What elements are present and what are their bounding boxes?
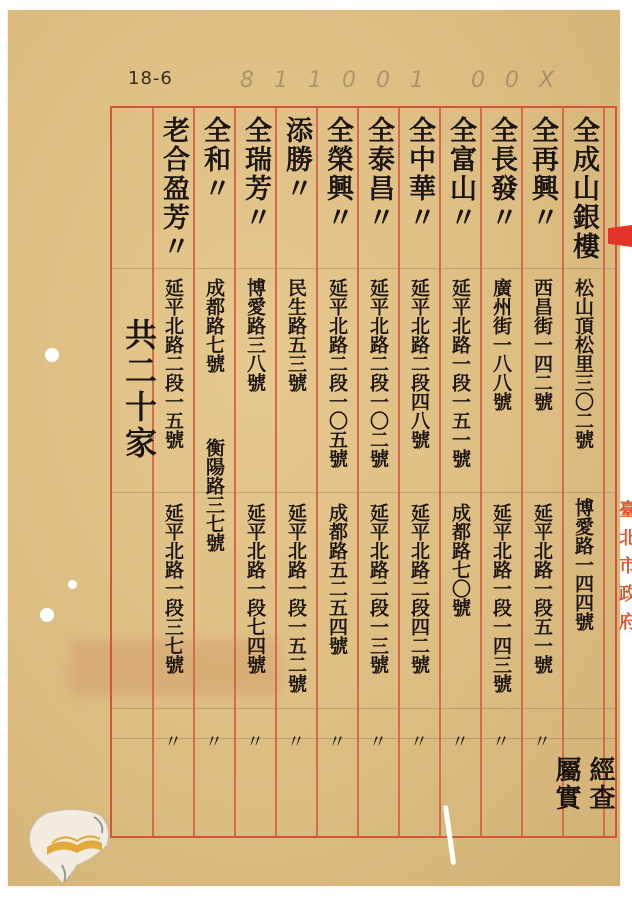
- header-number: 18-6: [128, 68, 173, 89]
- shop-name: 全榮興〃: [323, 116, 351, 232]
- shop-column: 全再興〃 西昌街一四二號 延平北路一段五一號 〃: [522, 108, 562, 836]
- shop-address: 成都路七號: [204, 278, 224, 373]
- ditto-mark: 〃: [369, 728, 387, 754]
- punch-hole: [40, 608, 54, 622]
- ditto-mark: 〃: [328, 728, 346, 754]
- shop-column: 全成山銀樓 松山頂松里三〇二號 博愛路一四四號 經查屬實: [563, 108, 603, 836]
- shop-address-2: 延平北路二段四二號: [409, 503, 429, 674]
- ditto-mark: 〃: [410, 728, 428, 754]
- shop-column: 老合盈芳〃 延平北路二段一五號 延平北路一段三七號 〃: [153, 108, 193, 836]
- punch-hole: [68, 580, 77, 589]
- shop-name: 全長發〃: [487, 116, 515, 232]
- shop-address: 延平北路二段一〇二號: [368, 278, 388, 468]
- shop-address-2: 成都路七〇號: [450, 503, 470, 617]
- shop-name: 全富山〃: [446, 116, 474, 232]
- shop-address-2: 延平北路一段五一號: [532, 503, 552, 674]
- shop-name: 全瑞芳〃: [241, 116, 269, 232]
- shop-name: 全再興〃: [528, 116, 556, 232]
- ruled-form-grid: 全成山銀樓 松山頂松里三〇二號 博愛路一四四號 經查屬實 全再興〃 西昌街一四二…: [110, 106, 617, 838]
- ditto-mark: 〃: [533, 728, 551, 754]
- ditto-mark: 〃: [287, 728, 305, 754]
- shop-address-2: 延平北路二段一三號: [368, 503, 388, 674]
- shop-address: 延平北路二段一五號: [163, 278, 183, 449]
- faint-serial-number: 811001 00X: [240, 68, 610, 93]
- shop-address-2: 衡陽路三七號: [204, 438, 224, 552]
- shop-column: 全瑞芳〃 博愛路三八號 延平北路一段七四號 〃: [235, 108, 275, 836]
- ditto-mark: 〃: [451, 728, 469, 754]
- punch-hole: [45, 348, 59, 362]
- shop-name: 全泰昌〃: [364, 116, 392, 232]
- shop-address-2: 延平北路一段一四三號: [491, 503, 511, 693]
- shop-address-2: 延平北路一段一五二號: [286, 503, 306, 693]
- shop-address: 博愛路三八號: [245, 278, 265, 392]
- ditto-mark: 〃: [164, 728, 182, 754]
- archive-logo-icon: [22, 805, 117, 885]
- shop-name: 老合盈芳〃: [159, 116, 187, 261]
- shop-column: 全富山〃 延平北路一段一五一號 成都路七〇號 〃: [440, 108, 480, 836]
- shop-address: 廣州街一八八號: [491, 278, 511, 411]
- shop-name: 全成山銀樓: [569, 116, 597, 261]
- shop-address-2: 延平北路一段七四號: [245, 503, 265, 674]
- shop-column: 添勝〃 民生路五三號 延平北路一段一五二號 〃: [276, 108, 316, 836]
- column-rule: [603, 108, 605, 836]
- shop-column: 全長發〃 廣州街一八八號 延平北路一段一四三號 〃: [481, 108, 521, 836]
- shop-address: 延平北路一段一五一號: [450, 278, 470, 468]
- shop-address: 西昌街一四二號: [532, 278, 552, 411]
- shop-column: 全泰昌〃 延平北路二段一〇二號 延平北路二段一三號 〃: [358, 108, 398, 836]
- shop-column: 全榮興〃 延平北路二段一〇五號 成都路五二五四號 〃: [317, 108, 357, 836]
- ditto-mark: 〃: [205, 728, 223, 754]
- shop-name: 全中華〃: [405, 116, 433, 232]
- shop-column: 全和〃 成都路七號 衡陽路三七號 〃: [194, 108, 234, 836]
- shop-address: 松山頂松里三〇二號: [573, 278, 593, 449]
- shop-name: 全和〃: [200, 116, 228, 203]
- shop-name: 添勝〃: [282, 116, 310, 203]
- shop-address-2: 博愛路一四四號: [573, 498, 593, 631]
- government-stamp-text: 臺北市政府: [613, 500, 632, 640]
- shop-address-2: 延平北路一段三七號: [163, 503, 183, 674]
- ditto-mark: 〃: [246, 728, 264, 754]
- shop-address-2: 成都路五二五四號: [327, 503, 347, 655]
- shop-address: 延平北路二段四八號: [409, 278, 429, 449]
- shop-column: 全中華〃 延平北路二段四八號 延平北路二段四二號 〃: [399, 108, 439, 836]
- shop-address: 延平北路二段一〇五號: [327, 278, 347, 468]
- total-count-note: 共二十家: [116, 318, 162, 462]
- ditto-mark: 〃: [492, 728, 510, 754]
- red-index-tab: [608, 225, 632, 247]
- shop-address: 民生路五三號: [286, 278, 306, 392]
